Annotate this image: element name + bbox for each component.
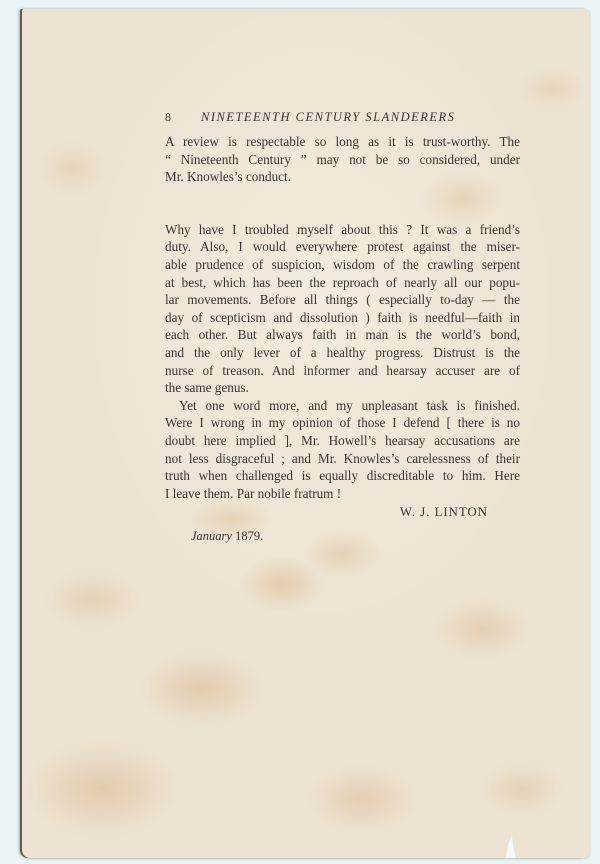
text-line: A review is respectable so long as it is… [165, 133, 520, 151]
text-line: duty. Also, I would everywhere protest a… [165, 238, 520, 256]
text-line: the same genus. [165, 379, 520, 397]
page-tear [504, 835, 518, 858]
date-month: January [191, 529, 232, 543]
running-head: 8 NINETEENTH CENTURY SLANDERERS [165, 109, 520, 127]
text-line: each other. But always faith in man is t… [165, 326, 520, 344]
document-page: 8 NINETEENTH CENTURY SLANDERERS A review… [22, 9, 589, 858]
text-block: 8 NINETEENTH CENTURY SLANDERERS A review… [165, 109, 520, 546]
text-line: doubt here implied ], Mr. Howell’s hears… [165, 432, 520, 450]
text-line: not less disgraceful ; and Mr. Knowles’s… [165, 450, 520, 468]
paragraph-3: Yet one word more, and my unpleasant tas… [165, 397, 520, 503]
paragraph-1: A review is respectable so long as it is… [165, 133, 520, 186]
text-line: truth when challenged is equally discred… [165, 467, 520, 485]
text-line: “ Nineteenth Century ” may not be so con… [165, 151, 520, 169]
paragraph-2: Why have I troubled myself about this ? … [165, 221, 520, 397]
text-line: at best, which has been the reproach of … [165, 274, 520, 292]
text-line: nurse of treason. And informer and hears… [165, 362, 520, 380]
text-line: able prudence of suspicion, wisdom of th… [165, 256, 520, 274]
text-line: lar movements. Before all things ( espec… [165, 291, 520, 309]
running-head-title: NINETEENTH CENTURY SLANDERERS [201, 109, 455, 127]
signature: W. J. LINTON [165, 504, 520, 524]
text-line: Were I wrong in my opinion of those I de… [165, 414, 520, 432]
text-line: Mr. Knowles’s conduct. [165, 168, 520, 186]
text-line: day of scepticism and dissolution ) fait… [165, 309, 520, 327]
text-line: I leave them. Par nobile fratrum ! [165, 485, 520, 503]
date-year: 1879. [235, 529, 263, 543]
paragraph-spacer [165, 186, 520, 221]
text-line: Yet one word more, and my unpleasant tas… [165, 397, 520, 415]
text-line: Why have I troubled myself about this ? … [165, 221, 520, 239]
dateline: January 1879. [165, 528, 520, 546]
page-number: 8 [165, 109, 201, 127]
text-line: and the only lever of a healthy progress… [165, 344, 520, 362]
